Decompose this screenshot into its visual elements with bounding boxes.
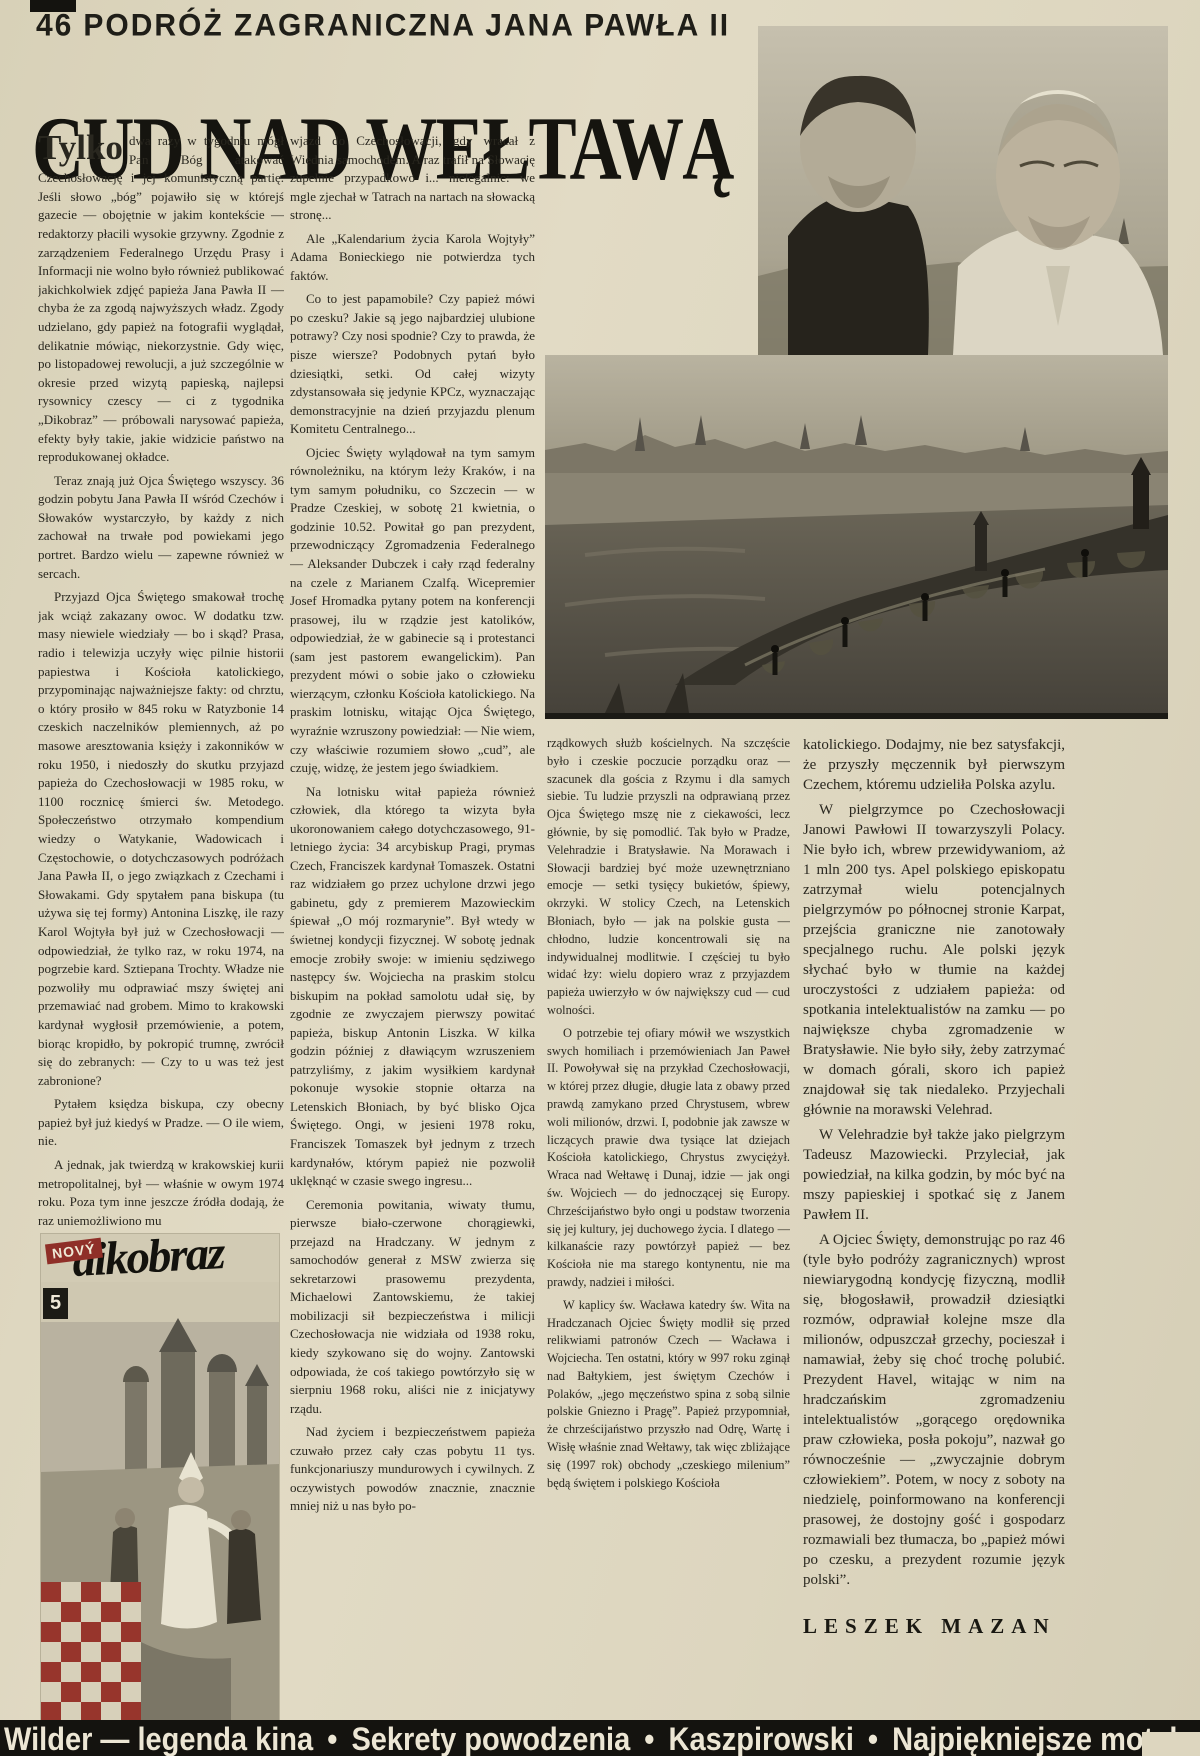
footer-separator: • [854,1722,892,1756]
article-paragraph: wjazd do Czechosłowacji, gdy wracał z Wi… [290,132,535,225]
article-paragraph: W pielgrzymce po Czechosłowacji Janowi P… [803,800,1065,1120]
article-paragraph: Nad życiem i bezpieczeństwem papieża czu… [290,1423,535,1516]
page-corner-notch [1142,1732,1200,1756]
article-column-1: Tylkodwa razy w tygodniu mógł Pan Bóg at… [38,132,284,1226]
article-paragraph: Pytałem księdza biskupa, czy obecny papi… [38,1095,284,1151]
photo-havel-and-pope-art [758,26,1168,355]
article-paragraph: Teraz znają już Ojca Świętego wszyscy. 3… [38,472,284,584]
footer-separator: • [313,1722,351,1756]
article-column-2: wjazd do Czechosłowacji, gdy wracał z Wi… [290,132,535,1656]
article-paragraph: W kaplicy św. Wacława katedry św. Wita n… [547,1297,790,1493]
article-paragraph: Przyjazd Ojca Świętego smakował trochę j… [38,588,284,1090]
footer-item: Wilder — legenda kina [4,1722,313,1756]
paragraph-text: dwa razy w tygodniu mógł Pan Bóg atakowa… [38,133,284,464]
footer-teaser-line: Wilder — legenda kina • Sekrety powodzen… [4,1722,1200,1756]
kicker: 46PODRÓŻ ZAGRANICZNA JANA PAWŁA II [36,8,730,44]
author-signature: LESZEK MAZAN [803,1614,1069,1639]
article-paragraph: Na lotnisku witał papieża również człowi… [290,783,535,1191]
article-column-3: rządkowych służb kościelnych. Na szczęśc… [547,735,790,1653]
article-paragraph: W Velehradzie był także jako pielgrzym T… [803,1125,1065,1225]
photo-havel-and-pope [758,26,1168,355]
article-paragraph: A jednak, jak twierdzą w krakowskiej kur… [38,1156,284,1226]
article-column-4: katolickiego. Dodajmy, nie bez satysfakc… [803,735,1065,1605]
article-paragraph: Ojciec Święty wylądował na tym samym rów… [290,444,535,778]
article-paragraph: Tylkodwa razy w tygodniu mógł Pan Bóg at… [38,132,284,467]
article-paragraph: Ceremonia powitania, wiwaty tłumu, pierw… [290,1196,535,1419]
dikobraz-cover: NOVÝ dikobraz 5 [40,1233,280,1724]
article-paragraph: O potrzebie tej ofiary mówił we wszystki… [547,1025,790,1292]
cover-illustration [41,1282,279,1723]
page-number: 46 [36,8,73,43]
footer-item: Sekrety powodzenia [351,1722,630,1756]
lead-word: Tylko [38,132,129,163]
footer-separator: • [630,1722,668,1756]
cover-issue-number: 5 [43,1288,68,1319]
article-paragraph: Co to jest papamobile? Czy papież mówi p… [290,290,535,438]
article-paragraph: A Ojciec Święty, demonstrując po raz 46 … [803,1230,1065,1590]
article-paragraph: Ale „Kalendarium życia Karola Wojtyły” A… [290,230,535,286]
footer-teaser-bar: Wilder — legenda kina • Sekrety powodzen… [0,1720,1200,1756]
article-paragraph: katolickiego. Dodajmy, nie bez satysfakc… [803,735,1065,795]
photo-prague-bridge [545,355,1168,719]
newspaper-page: 46PODRÓŻ ZAGRANICZNA JANA PAWŁA II CUD N… [0,0,1200,1756]
photo-prague-bridge-art [545,355,1168,713]
cover-illustration-art [41,1282,279,1723]
footer-item: Kaszpirowski [669,1722,854,1756]
kicker-text: PODRÓŻ ZAGRANICZNA JANA PAWŁA II [83,8,730,43]
article-paragraph: rządkowych służb kościelnych. Na szczęśc… [547,735,790,1020]
checkerboard [41,1582,141,1723]
